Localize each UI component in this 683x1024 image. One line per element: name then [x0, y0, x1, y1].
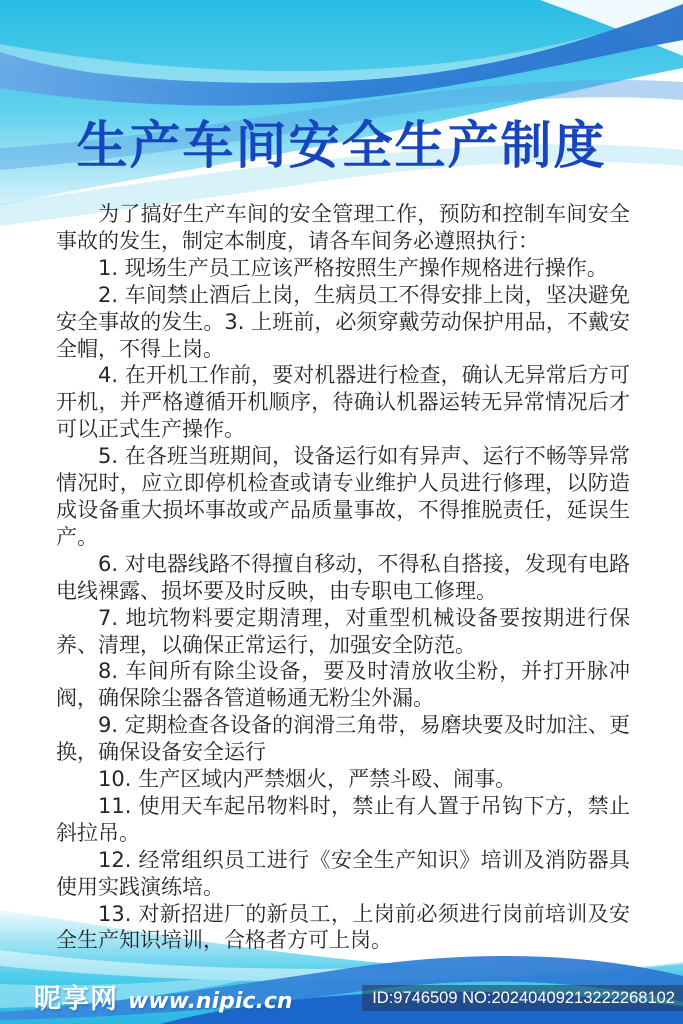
rule-paragraph-7: 7. 地坑物料要定期清理，对重型机械设备要按期进行保养、清理，以确保正常运行，加…	[56, 605, 630, 659]
rule-paragraph-6: 6. 对电器线路不得擅自移动，不得私自搭接，发现有电路电线裸露、损坏要及时反映，…	[56, 551, 630, 605]
rule-paragraph-1: 1. 现场生产员工应该严格按照生产操作规格进行操作。	[56, 255, 630, 282]
watermark-site-name: 昵享网	[34, 977, 118, 1016]
rule-paragraph-5: 5. 在各班当班期间，设备运行如有异声、运行不畅等异常情况时，应立即停机检查或请…	[56, 443, 630, 551]
intro-paragraph: 为了搞好生产车间的安全管理工作，预防和控制车间安全事故的发生，制定本制度，请各车…	[56, 201, 630, 255]
rule-paragraph-10: 10. 生产区域内严禁烟火，严禁斗殴、闹事。	[56, 766, 630, 793]
image-id-badge: ID:9746509 NO:20240409213222268102	[362, 985, 683, 1011]
rule-paragraph-12: 12. 经常组织员工进行《安全生产知识》培训及消防器具使用实践演练培。	[56, 847, 630, 901]
watermark-site-url: www.nipic.cn	[128, 989, 293, 1014]
regulations-text-block: 为了搞好生产车间的安全管理工作，预防和控制车间安全事故的发生，制定本制度，请各车…	[56, 201, 630, 954]
page-title: 生产车间安全生产制度	[0, 104, 683, 178]
rule-paragraph-13: 13. 对新招进厂的新员工，上岗前必须进行岗前培训及安全生产知识培训，合格者方可…	[56, 901, 630, 955]
rule-paragraph-9: 9. 定期检查各设备的润滑三角带，易磨块要及时加注、更换，确保设备安全运行	[56, 712, 630, 766]
rule-paragraph-11: 11. 使用天车起吊物料时，禁止有人置于吊钩下方，禁止斜拉吊。	[56, 793, 630, 847]
rule-paragraph-2-3: 2. 车间禁止酒后上岗，生病员工不得安排上岗，坚决避免安全事故的发生。3. 上班…	[56, 282, 630, 363]
rule-paragraph-8: 8. 车间所有除尘设备，要及时清放收尘粉，并打开脉冲阀，确保除尘器各管道畅通无粉…	[56, 658, 630, 712]
safety-regulations-poster: 生产车间安全生产制度 为了搞好生产车间的安全管理工作，预防和控制车间安全事故的发…	[0, 0, 683, 1024]
rule-paragraph-4: 4. 在开机工作前，要对机器进行检查，确认无异常后方可开机，并严格遵循开机顺序，…	[56, 362, 630, 443]
watermark: 昵享网 www.nipic.cn	[34, 977, 293, 1016]
